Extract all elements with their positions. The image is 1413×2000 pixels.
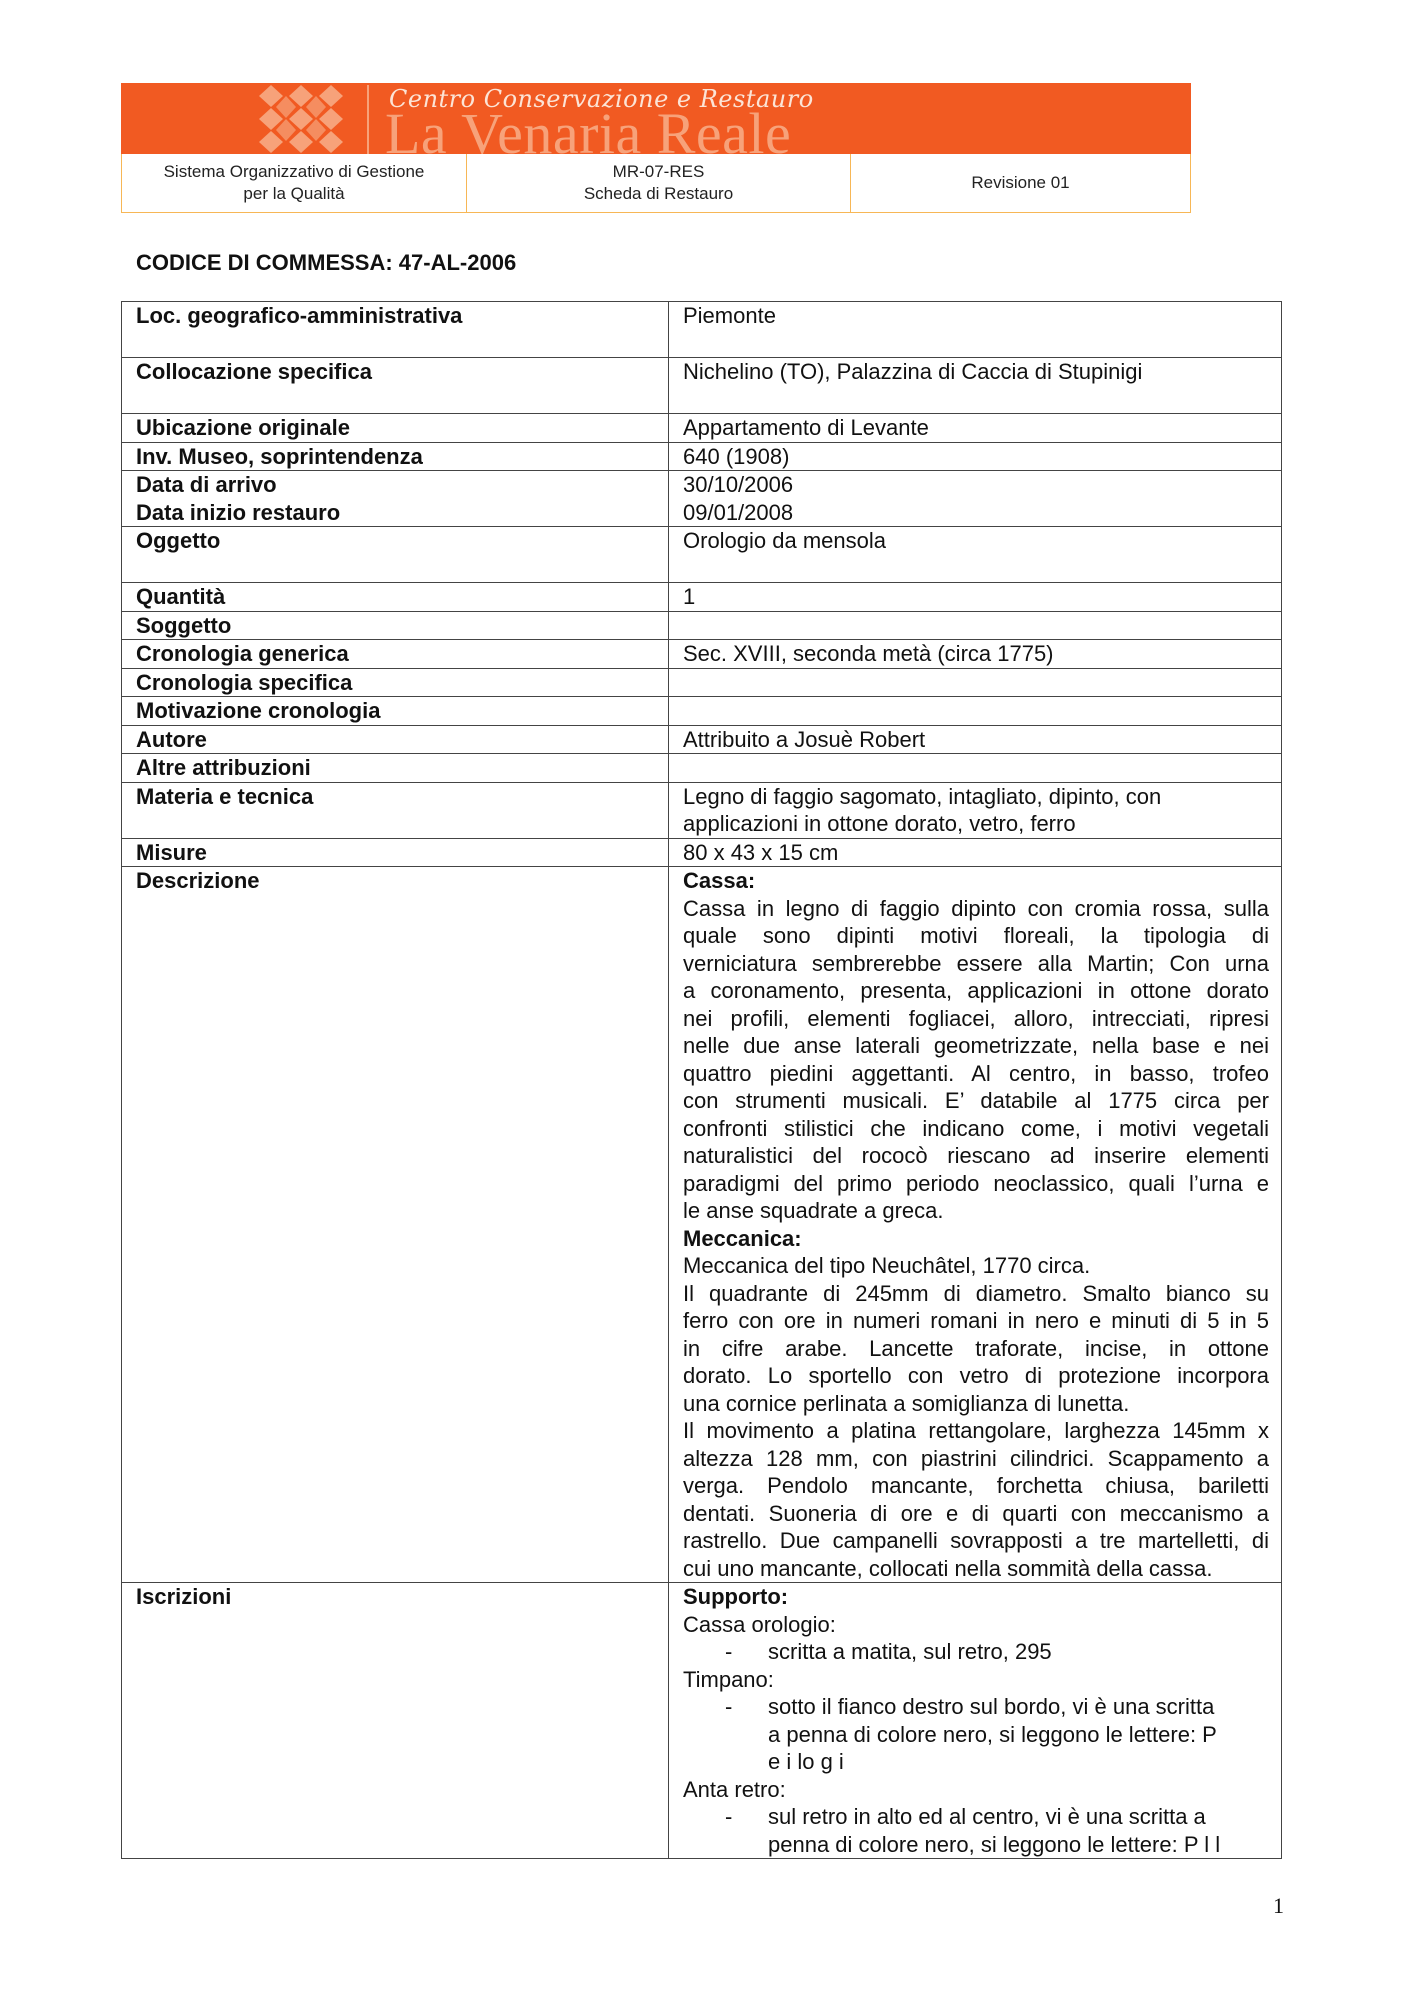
row-label: Altre attribuzioni bbox=[122, 754, 669, 782]
inscription-bullet: -scritta a matita, sul retro, 295 bbox=[683, 1638, 1269, 1666]
inscription-group-title: Anta retro: bbox=[683, 1776, 1269, 1804]
row-value: 30/10/2006 09/01/2008 bbox=[669, 471, 1281, 526]
text-line: Il movimento a platina rettangolare, lar… bbox=[683, 1417, 1269, 1445]
row-label: Ubicazione originale bbox=[122, 414, 669, 442]
header-info-row: Sistema Organizzativo di Gestione per la… bbox=[121, 154, 1191, 213]
text-line: altezza 128 mm, con piastrini cilindrici… bbox=[683, 1445, 1269, 1473]
row-label: Loc. geografico-amministrativa bbox=[122, 302, 669, 357]
table-row: Motivazione cronologia bbox=[122, 696, 1281, 725]
row-value: 80 x 43 x 15 cm bbox=[669, 839, 1281, 867]
text-line: paradigmi del primo periodo neoclassico,… bbox=[683, 1170, 1269, 1198]
text-line: nelle due anse laterali geometrizzate, n… bbox=[683, 1032, 1269, 1060]
inscription-line: a penna di colore nero, si leggono le le… bbox=[768, 1721, 1269, 1749]
text-line: naturalistici del rococò riescano ad ins… bbox=[683, 1142, 1269, 1170]
diamond-grid-logo-icon bbox=[256, 85, 346, 153]
cassa-text: Cassa in legno di faggio dipinto con cro… bbox=[683, 895, 1269, 1225]
table-row: Cronologia specifica bbox=[122, 668, 1281, 697]
supporto-heading: Supporto: bbox=[683, 1583, 1269, 1611]
commessa-code: CODICE DI COMMESSA: 47-AL-2006 bbox=[136, 250, 516, 276]
text-line: Meccanica del tipo Neuchâtel, 1770 circa… bbox=[683, 1252, 1269, 1280]
materia-line: applicazioni in ottone dorato, vetro, fe… bbox=[683, 810, 1269, 838]
row-value: Nichelino (TO), Palazzina di Caccia di S… bbox=[669, 358, 1281, 413]
row-label: Materia e tecnica bbox=[122, 783, 669, 838]
quality-system-line1: Sistema Organizzativo di Gestione bbox=[164, 161, 425, 183]
text-line: ferro con ore in numeri romani in nero e… bbox=[683, 1307, 1269, 1335]
inscriptions-value: Supporto: Cassa orologio:-scritta a mati… bbox=[669, 1583, 1281, 1858]
table-row: Oggetto Orologio da mensola bbox=[122, 526, 1281, 582]
form-code: MR-07-RES bbox=[584, 161, 733, 183]
row-value bbox=[669, 754, 1281, 782]
row-label: Quantità bbox=[122, 583, 669, 611]
row-value: Sec. XVIII, seconda metà (circa 1775) bbox=[669, 640, 1281, 668]
table-row: Loc. geografico-amministrativa Piemonte bbox=[122, 302, 1281, 357]
dash-bullet-icon: - bbox=[683, 1803, 768, 1858]
description-value: Cassa: Cassa in legno di faggio dipinto … bbox=[669, 867, 1281, 1582]
text-line: in cifre arabe. Lancette traforate, inci… bbox=[683, 1335, 1269, 1363]
cassa-heading: Cassa: bbox=[683, 867, 1269, 895]
text-line: dentati. Suoneria di ore e di quarti con… bbox=[683, 1500, 1269, 1528]
table-row-descrizione: Descrizione Cassa: Cassa in legno di fag… bbox=[122, 866, 1281, 1582]
form-code-cell: MR-07-RES Scheda di Restauro bbox=[466, 154, 850, 212]
institution-banner: Centro Conservazione e Restauro La Venar… bbox=[121, 83, 1191, 154]
text-line: una cornice perlinata a somiglianza di l… bbox=[683, 1390, 1269, 1418]
dash-bullet-icon: - bbox=[683, 1693, 768, 1776]
table-row: Ubicazione originale Appartamento di Lev… bbox=[122, 413, 1281, 442]
text-line: nei profili, elementi fogliacei, alloro,… bbox=[683, 1005, 1269, 1033]
row-label: Iscrizioni bbox=[122, 1583, 669, 1858]
table-row: Cronologia generica Sec. XVIII, seconda … bbox=[122, 639, 1281, 668]
text-line: Il quadrante di 245mm di diametro. Smalt… bbox=[683, 1280, 1269, 1308]
table-row-iscrizioni: Iscrizioni Supporto: Cassa orologio:-scr… bbox=[122, 1582, 1281, 1858]
table-row: Soggetto bbox=[122, 611, 1281, 640]
inscription-groups: Cassa orologio:-scritta a matita, sul re… bbox=[683, 1611, 1269, 1859]
row-value: Legno di faggio sagomato, intagliato, di… bbox=[669, 783, 1281, 838]
text-line: verniciatura sembrerebbe essere alla Mar… bbox=[683, 950, 1269, 978]
inscription-bullet: -sotto il fianco destro sul bordo, vi è … bbox=[683, 1693, 1269, 1776]
inscription-line: sotto il fianco destro sul bordo, vi è u… bbox=[768, 1693, 1269, 1721]
banner-title: La Venaria Reale bbox=[385, 105, 791, 154]
text-line: quale sono dipinti motivi floreali, la t… bbox=[683, 922, 1269, 950]
row-value bbox=[669, 697, 1281, 725]
row-label: Autore bbox=[122, 726, 669, 754]
row-label: Inv. Museo, soprintendenza bbox=[122, 443, 669, 471]
row-label: Soggetto bbox=[122, 612, 669, 640]
quality-system-line2: per la Qualità bbox=[164, 183, 425, 205]
table-row: Altre attribuzioni bbox=[122, 753, 1281, 782]
table-row-dates: Data di arrivo Data inizio restauro 30/1… bbox=[122, 470, 1281, 526]
document-header: Centro Conservazione e Restauro La Venar… bbox=[121, 83, 1191, 213]
inscription-line: sul retro in alto ed al centro, vi è una… bbox=[768, 1803, 1269, 1831]
inscription-line: penna di colore nero, si leggono le lett… bbox=[768, 1831, 1269, 1859]
page-number: 1 bbox=[1273, 1893, 1284, 1919]
row-label: Oggetto bbox=[122, 527, 669, 582]
materia-line: Legno di faggio sagomato, intagliato, di… bbox=[683, 783, 1269, 811]
row-label: Data di arrivo Data inizio restauro bbox=[122, 471, 669, 526]
row-value: 1 bbox=[669, 583, 1281, 611]
arrival-date: 30/10/2006 bbox=[683, 471, 1269, 499]
revision-cell: Revisione 01 bbox=[850, 154, 1190, 212]
text-line: le anse squadrate a greca. bbox=[683, 1197, 1269, 1225]
table-row: Inv. Museo, soprintendenza 640 (1908) bbox=[122, 442, 1281, 471]
text-line: quattro piedini aggettanti. Al centro, i… bbox=[683, 1060, 1269, 1088]
row-value: Attribuito a Josuè Robert bbox=[669, 726, 1281, 754]
meccanica-heading: Meccanica: bbox=[683, 1225, 1269, 1253]
form-title: Scheda di Restauro bbox=[584, 183, 733, 205]
inscription-group-title: Timpano: bbox=[683, 1666, 1269, 1694]
row-value: Piemonte bbox=[669, 302, 1281, 357]
inscription-bullet: -sul retro in alto ed al centro, vi è un… bbox=[683, 1803, 1269, 1858]
text-line: verga. Pendolo mancante, forchetta chius… bbox=[683, 1472, 1269, 1500]
row-value: Appartamento di Levante bbox=[669, 414, 1281, 442]
restoration-start-date: 09/01/2008 bbox=[683, 499, 1269, 527]
inscription-group-title: Cassa orologio: bbox=[683, 1611, 1269, 1639]
table-row: Autore Attribuito a Josuè Robert bbox=[122, 725, 1281, 754]
row-value bbox=[669, 612, 1281, 640]
table-row: Misure 80 x 43 x 15 cm bbox=[122, 838, 1281, 867]
text-line: dorato. Lo sportello con vetro di protez… bbox=[683, 1362, 1269, 1390]
banner-divider bbox=[367, 85, 369, 154]
row-value bbox=[669, 669, 1281, 697]
text-line: a coronamento, presenta, applicazioni in… bbox=[683, 977, 1269, 1005]
quality-system-cell: Sistema Organizzativo di Gestione per la… bbox=[122, 154, 466, 212]
row-label: Descrizione bbox=[122, 867, 669, 1582]
table-row: Quantità 1 bbox=[122, 582, 1281, 611]
row-label: Collocazione specifica bbox=[122, 358, 669, 413]
dash-bullet-icon: - bbox=[683, 1638, 768, 1666]
row-label: Misure bbox=[122, 839, 669, 867]
table-row: Collocazione specifica Nichelino (TO), P… bbox=[122, 357, 1281, 413]
inscription-line: scritta a matita, sul retro, 295 bbox=[768, 1638, 1269, 1666]
inscription-line: e i lo g i bbox=[768, 1748, 1269, 1776]
text-line: con strumenti musicali. E’ databile al 1… bbox=[683, 1087, 1269, 1115]
meccanica-text: Meccanica del tipo Neuchâtel, 1770 circa… bbox=[683, 1252, 1269, 1582]
row-value: 640 (1908) bbox=[669, 443, 1281, 471]
arrival-date-label: Data di arrivo bbox=[136, 471, 668, 499]
text-line: confronti stilistici che indicano come, … bbox=[683, 1115, 1269, 1143]
revision-label: Revisione 01 bbox=[971, 172, 1069, 194]
text-line: cui uno mancante, collocati nella sommit… bbox=[683, 1555, 1269, 1583]
restoration-record-table: Loc. geografico-amministrativa Piemonte … bbox=[121, 301, 1282, 1859]
text-line: rastrello. Due campanelli sovrapposti a … bbox=[683, 1527, 1269, 1555]
text-line: Cassa in legno di faggio dipinto con cro… bbox=[683, 895, 1269, 923]
row-label: Cronologia specifica bbox=[122, 669, 669, 697]
restoration-start-label: Data inizio restauro bbox=[136, 499, 668, 527]
row-label: Motivazione cronologia bbox=[122, 697, 669, 725]
row-label: Cronologia generica bbox=[122, 640, 669, 668]
row-value: Orologio da mensola bbox=[669, 527, 1281, 582]
table-row: Materia e tecnica Legno di faggio sagoma… bbox=[122, 782, 1281, 838]
